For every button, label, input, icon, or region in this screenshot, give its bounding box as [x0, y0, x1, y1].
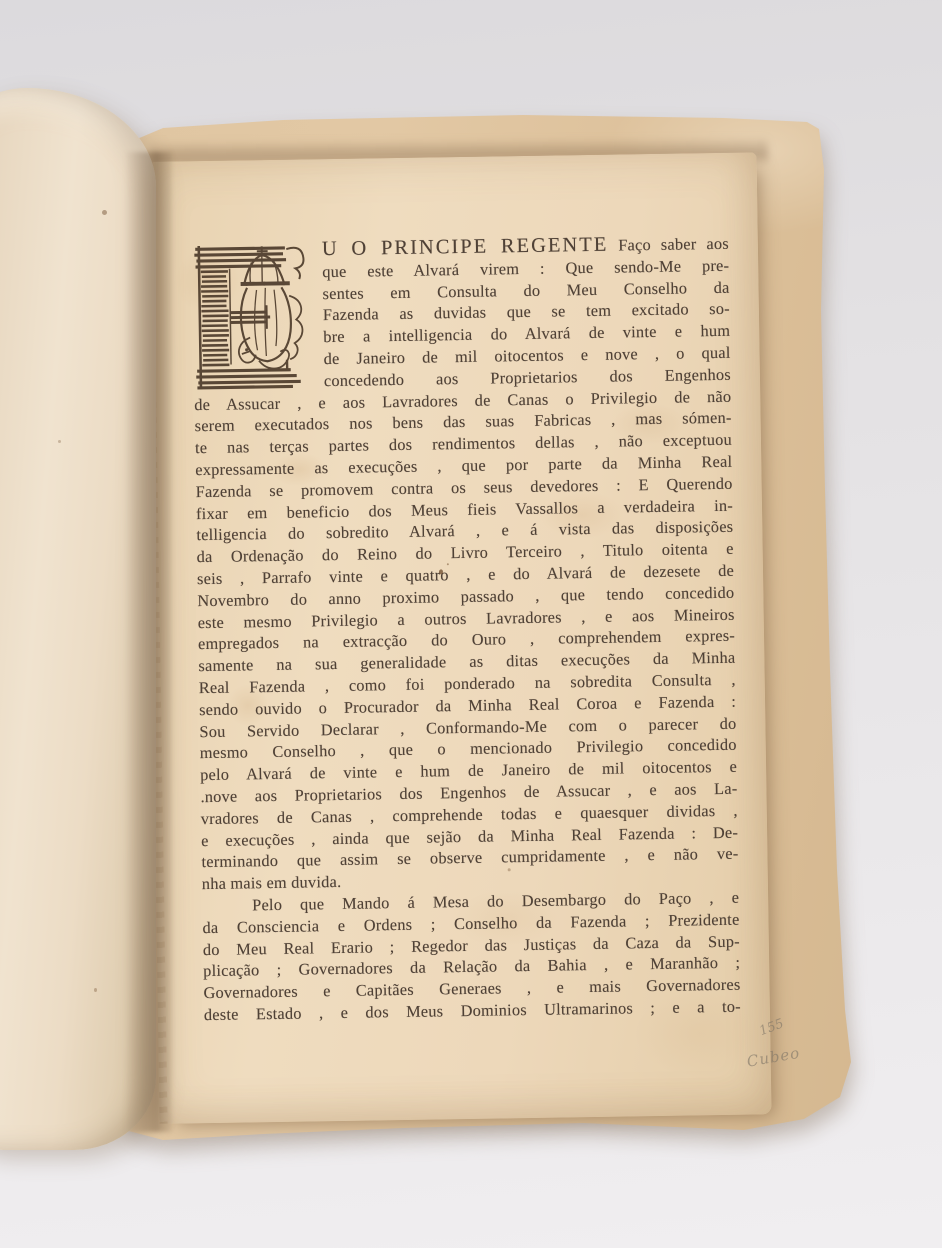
document-page: U O PRINCIPE REGENTE Faço saber aos que … [145, 152, 772, 1123]
woodcut-drop-cap-initial-E [193, 242, 311, 390]
opening-caps: U O PRINCIPE REGENTE [322, 234, 609, 260]
paragraph-1-lines: de Assucar , e aos Lavradores de Canas o… [194, 385, 738, 873]
foxing-spot [439, 569, 443, 574]
paragraph-2-lines: da Consciencia e Ordens ; Conselho da Fa… [202, 908, 741, 1025]
foxing-spot [58, 440, 61, 443]
foxing-spot [102, 210, 107, 215]
foxing-spot [94, 988, 97, 992]
document-text: U O PRINCIPE REGENTE Faço saber aos que … [192, 233, 741, 1026]
foxing-spot [508, 868, 511, 871]
foxing-spot [447, 563, 449, 565]
photo-backdrop: U O PRINCIPE REGENTE Faço saber aos que … [0, 0, 942, 1248]
gutter-shadow [124, 152, 172, 1132]
opening-rest: Faço saber aos [618, 234, 729, 255]
